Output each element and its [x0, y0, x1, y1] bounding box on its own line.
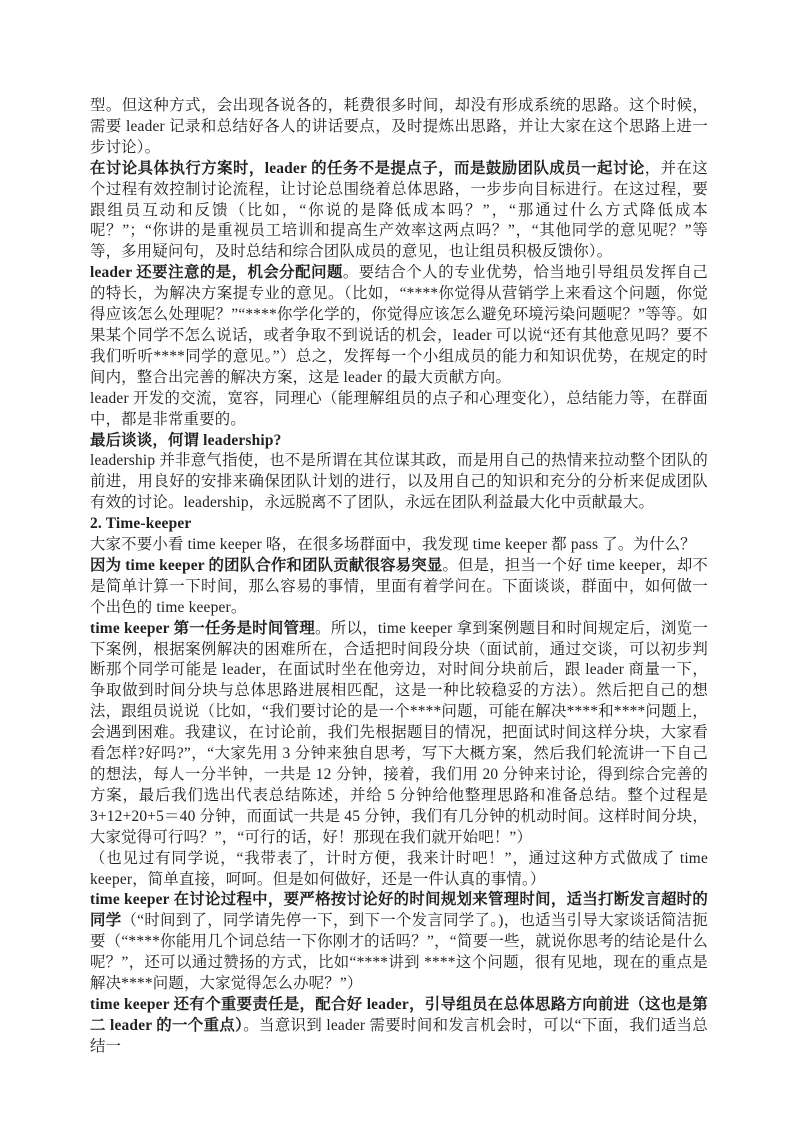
paragraph-leadership-definition: leadership 并非意气指使，也不是所谓在其位谋其政，而是用自己的热情来拉…: [90, 451, 708, 514]
document-body: 型。但这种方式，会出现各说各的，耗费很多时间，却没有形成系统的思路。这个时候，需…: [90, 96, 708, 1058]
text-run: 最后谈谈，何谓 leadership?: [90, 432, 282, 449]
text-run: （“时间到了，同学请先停一下，到下一个发言同学了。)，也适当引导大家谈话简洁扼要…: [90, 912, 708, 992]
paragraph-timekeeper-time-management: time keeper 第一任务是时间管理。所以，time keeper 拿到案…: [90, 619, 708, 849]
paragraph-leader-discussion-plan: 在讨论具体执行方案时，leader 的任务不是提点子，而是鼓励团队成员一起讨论，…: [90, 159, 708, 264]
text-run: 型。但这种方式，会出现各说各的，耗费很多时间，却没有形成系统的思路。这个时候，需…: [90, 97, 708, 156]
text-run: leader 开发的交流，宽容，同理心（能理解组员的点子和心理变化），总结能力等…: [90, 390, 708, 428]
document-page: 型。但这种方式，会出现各说各的，耗费很多时间，却没有形成系统的思路。这个时候，需…: [0, 0, 798, 1122]
paragraph-leader-summary-continuation: 型。但这种方式，会出现各说各的，耗费很多时间，却没有形成系统的思路。这个时候，需…: [90, 96, 708, 159]
paragraph-timekeeper-intro: 大家不要小看 time keeper 咯，在很多场群面中，我发现 time ke…: [90, 535, 708, 556]
paragraph-timekeeper-discussion-control: time keeper 在讨论过程中，要严格按讨论好的时间规划来管理时间，适当打…: [90, 890, 708, 995]
text-run: 。要结合个人的专业优势，恰当地引导组员发挥自己的特长，为解决方案提专业的意见。（…: [90, 264, 708, 386]
heading-leadership: 最后谈谈，何谓 leadership?: [90, 431, 708, 452]
text-run: leadership 并非意气指使，也不是所谓在其位谋其政，而是用自己的热情来拉…: [90, 452, 708, 511]
text-run: 。所以，time keeper 拿到案例题目和时间规定后，浏览一下案例，根据案例…: [90, 620, 708, 846]
text-run: 在讨论具体执行方案时，leader 的任务不是提点子，而是鼓励团队成员一起讨论: [90, 160, 645, 177]
text-run: leader 还要注意的是，机会分配问题: [90, 264, 343, 281]
paragraph-leader-qualities: leader 开发的交流，宽容，同理心（能理解组员的点子和心理变化），总结能力等…: [90, 389, 708, 431]
paragraph-leader-opportunity-allocation: leader 还要注意的是，机会分配问题。要结合个人的专业优势，恰当地引导组员发…: [90, 263, 708, 388]
text-run: 大家不要小看 time keeper 咯，在很多场群面中，我发现 time ke…: [90, 536, 696, 553]
paragraph-timekeeper-anecdote: （也见过有同学说，“我带表了，计时方便，我来计时吧！”，通过这种方式做成了 ti…: [90, 849, 708, 891]
paragraph-timekeeper-contribution: 因为 time keeper 的团队合作和团队贡献很容易突显。但是，担当一个好 …: [90, 556, 708, 619]
text-run: time keeper 第一任务是时间管理: [90, 620, 315, 637]
text-run: （也见过有同学说，“我带表了，计时方便，我来计时吧！”，通过这种方式做成了 ti…: [90, 850, 708, 888]
heading-time-keeper: 2. Time-keeper: [90, 514, 708, 535]
text-run: 因为 time keeper 的团队合作和团队贡献很容易突显: [90, 557, 442, 574]
text-run: 2. Time-keeper: [90, 515, 191, 532]
paragraph-timekeeper-support-leader: time keeper 还有个重要责任是，配合好 leader，引导组员在总体思…: [90, 995, 708, 1058]
